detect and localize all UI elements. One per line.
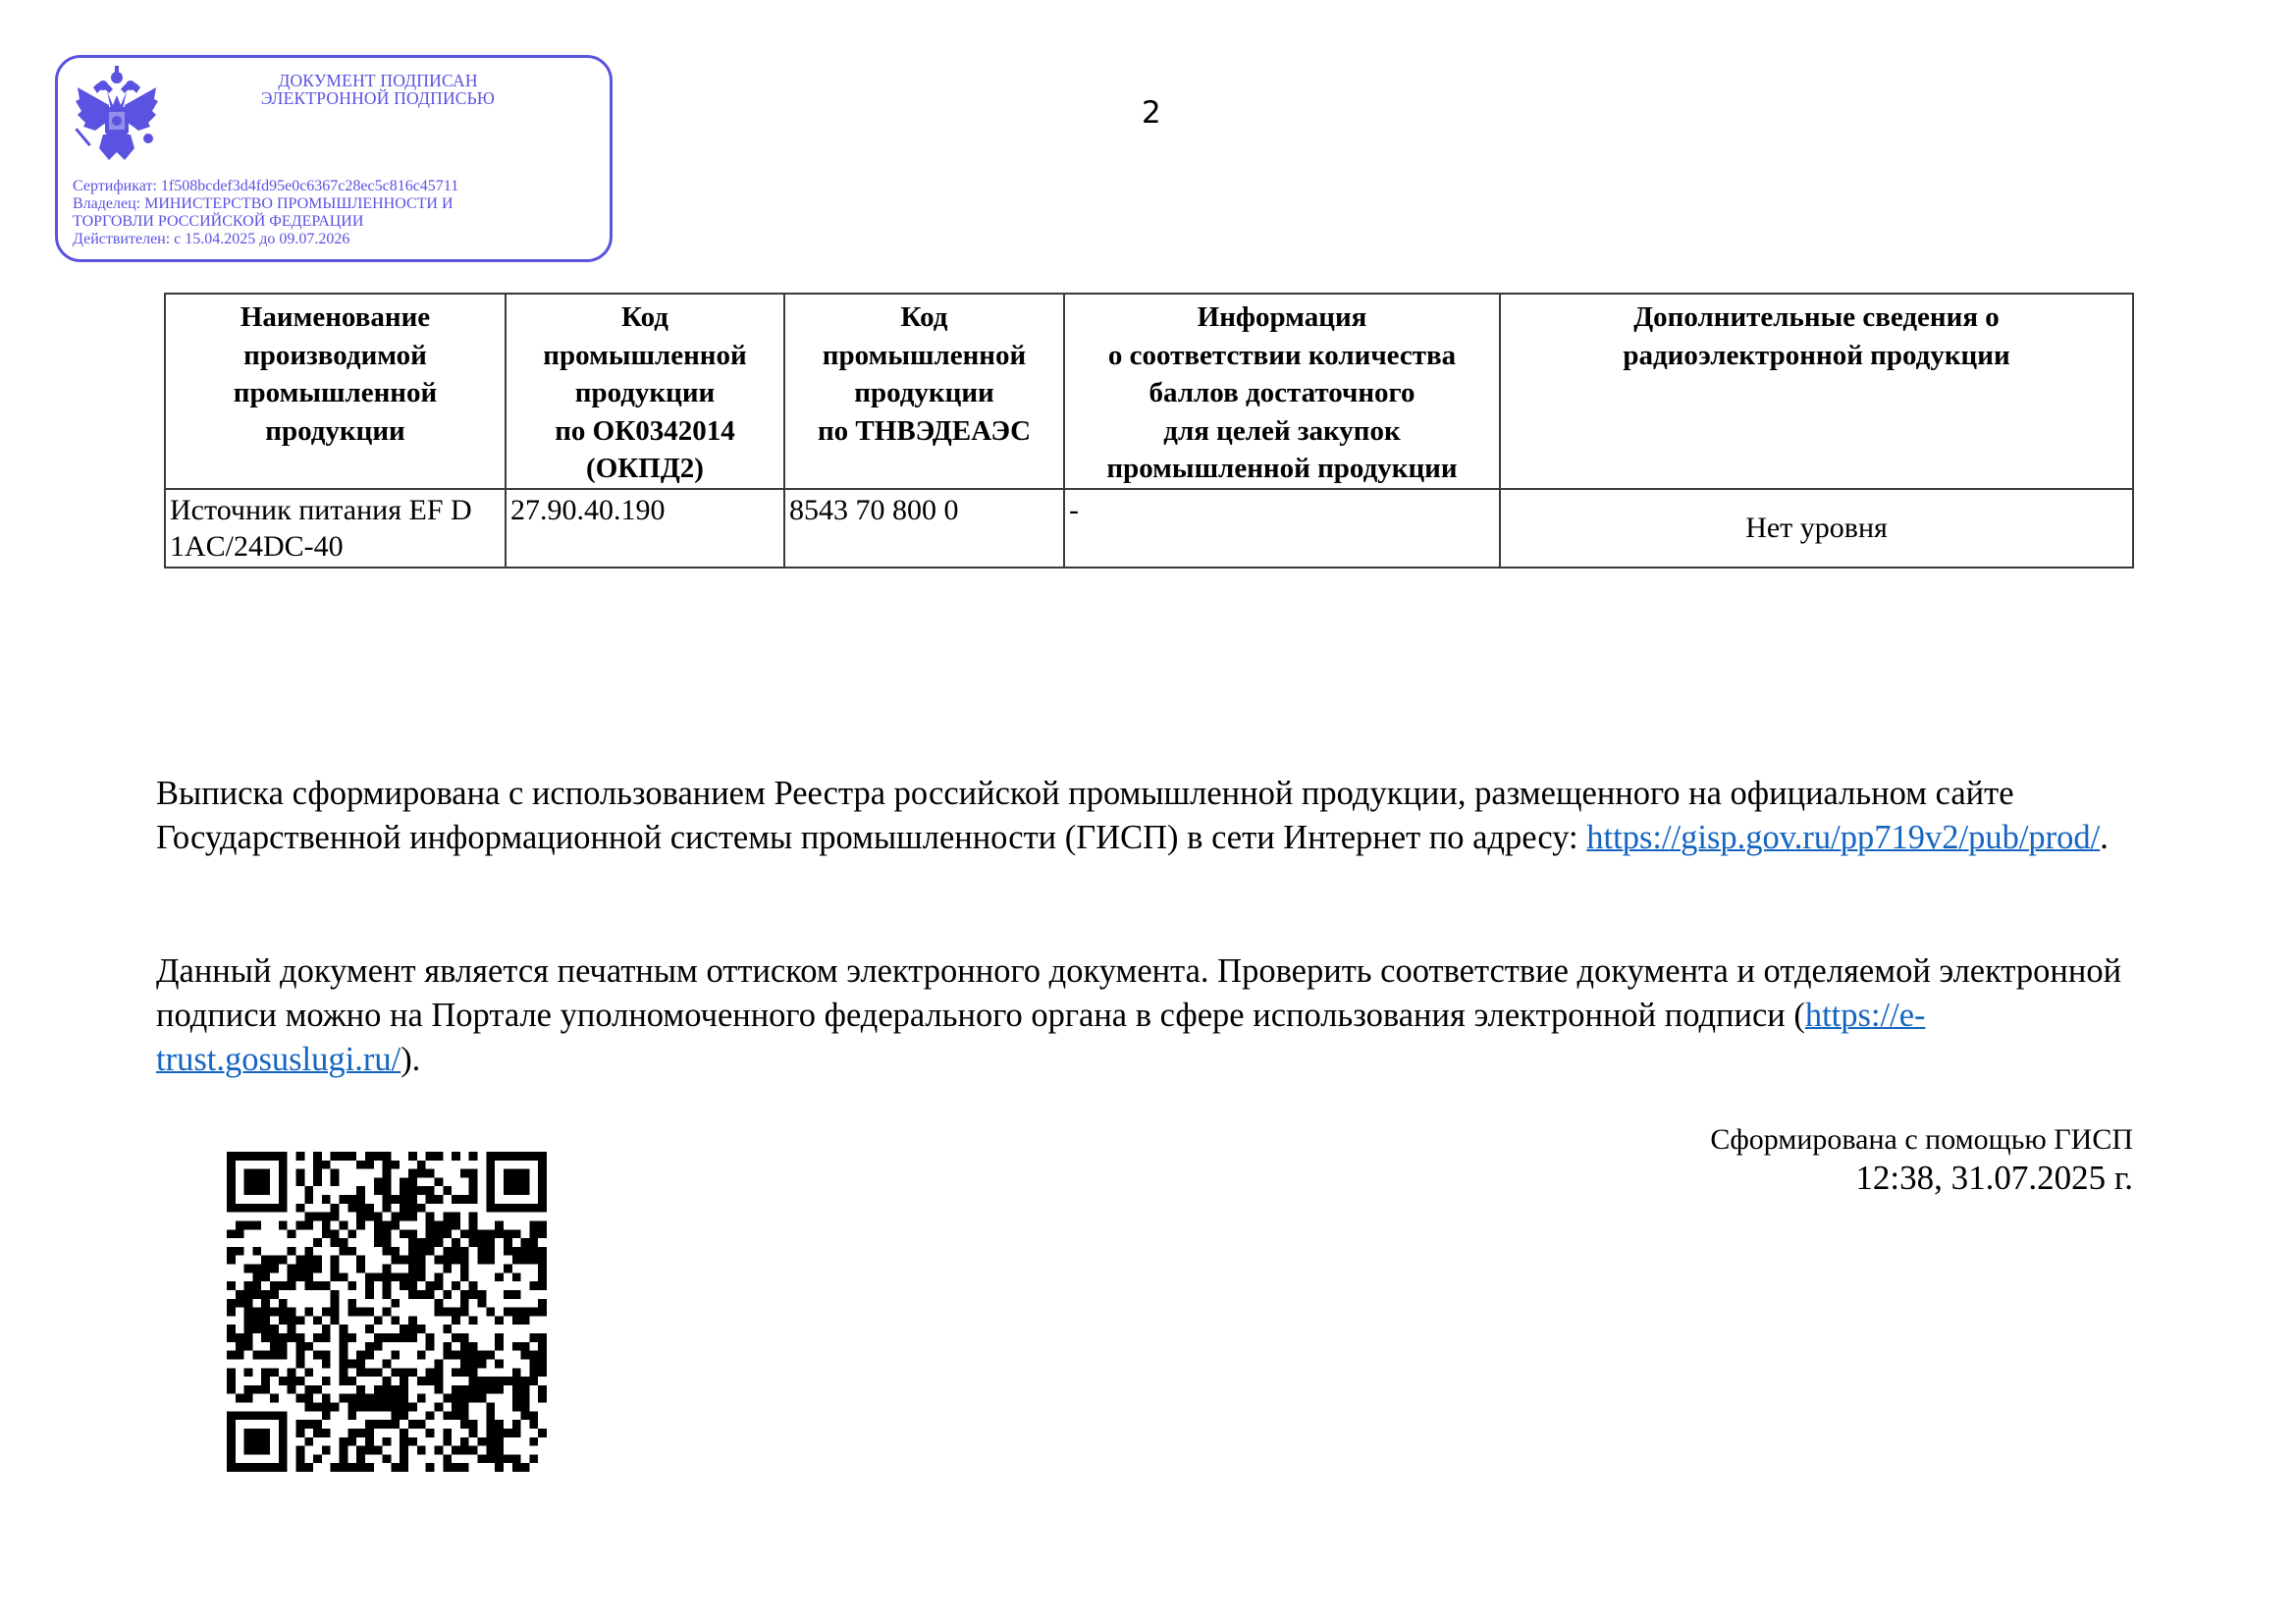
registry-note-tail: . [2100,819,2109,856]
stamp-owner-line2: ТОРГОВЛИ РОССИЙСКОЙ ФЕДЕРАЦИИ [73,213,458,231]
signature-stamp: ДОКУМЕНТ ПОДПИСАН ЭЛЕКТРОННОЙ ПОДПИСЬЮ С… [55,55,613,262]
stamp-title-line1: ДОКУМЕНТ ПОДПИСАН [186,72,570,89]
cell-radio-info: Нет уровня [1500,489,2133,568]
cell-okpd2-code: 27.90.40.190 [506,489,784,568]
stamp-certificate: Сертификат: 1f508bcdef3d4fd95e0c6367c28e… [73,178,458,195]
generated-by: Сформирована с помощью ГИСП [1710,1121,2133,1159]
stamp-details: Сертификат: 1f508bcdef3d4fd95e0c6367c28e… [73,178,458,248]
stamp-owner-line1: Владелец: МИНИСТЕРСТВО ПРОМЫШЛЕННОСТИ И [73,195,458,213]
table-header-row: Наименование производимой промышленной п… [165,294,2133,489]
stamp-validity: Действителен: с 15.04.2025 до 09.07.2026 [73,231,458,248]
page-number: 2 [1142,96,1161,130]
header-product-name: Наименование производимой промышленной п… [165,294,506,489]
cell-product-name: Источник питания EF D 1AC/24DC-40 [165,489,506,568]
header-radio-info: Дополнительные сведения о радиоэлектронн… [1500,294,2133,489]
stamp-title: ДОКУМЕНТ ПОДПИСАН ЭЛЕКТРОННОЙ ПОДПИСЬЮ [186,72,570,107]
generated-timestamp: 12:38, 31.07.2025 г. [1710,1159,2133,1198]
verification-note-paragraph: Данный документ является печатным оттиск… [156,949,2149,1082]
header-points-info: Информация о соответствии количества бал… [1064,294,1500,489]
cell-points-info: - [1064,489,1500,568]
verification-note-tail: ). [400,1041,420,1078]
product-table: Наименование производимой промышленной п… [164,293,2134,568]
header-okpd2-code: Код промышленной продукции по ОК0342014 … [506,294,784,489]
coat-of-arms-icon [74,66,160,160]
generated-info: Сформирована с помощью ГИСП 12:38, 31.07… [1710,1121,2133,1198]
stamp-title-line2: ЭЛЕКТРОННОЙ ПОДПИСЬЮ [186,89,570,107]
gisp-registry-link[interactable]: https://gisp.gov.ru/pp719v2/pub/prod/ [1586,819,2100,856]
header-tnved-code: Код промышленной продукции по ТНВЭДЕАЭС [784,294,1064,489]
cell-tnved-code: 8543 70 800 0 [784,489,1064,568]
registry-note-paragraph: Выписка сформирована с использованием Ре… [156,772,2149,860]
qr-code-icon [227,1152,547,1472]
table-row: Источник питания EF D 1AC/24DC-40 27.90.… [165,489,2133,568]
